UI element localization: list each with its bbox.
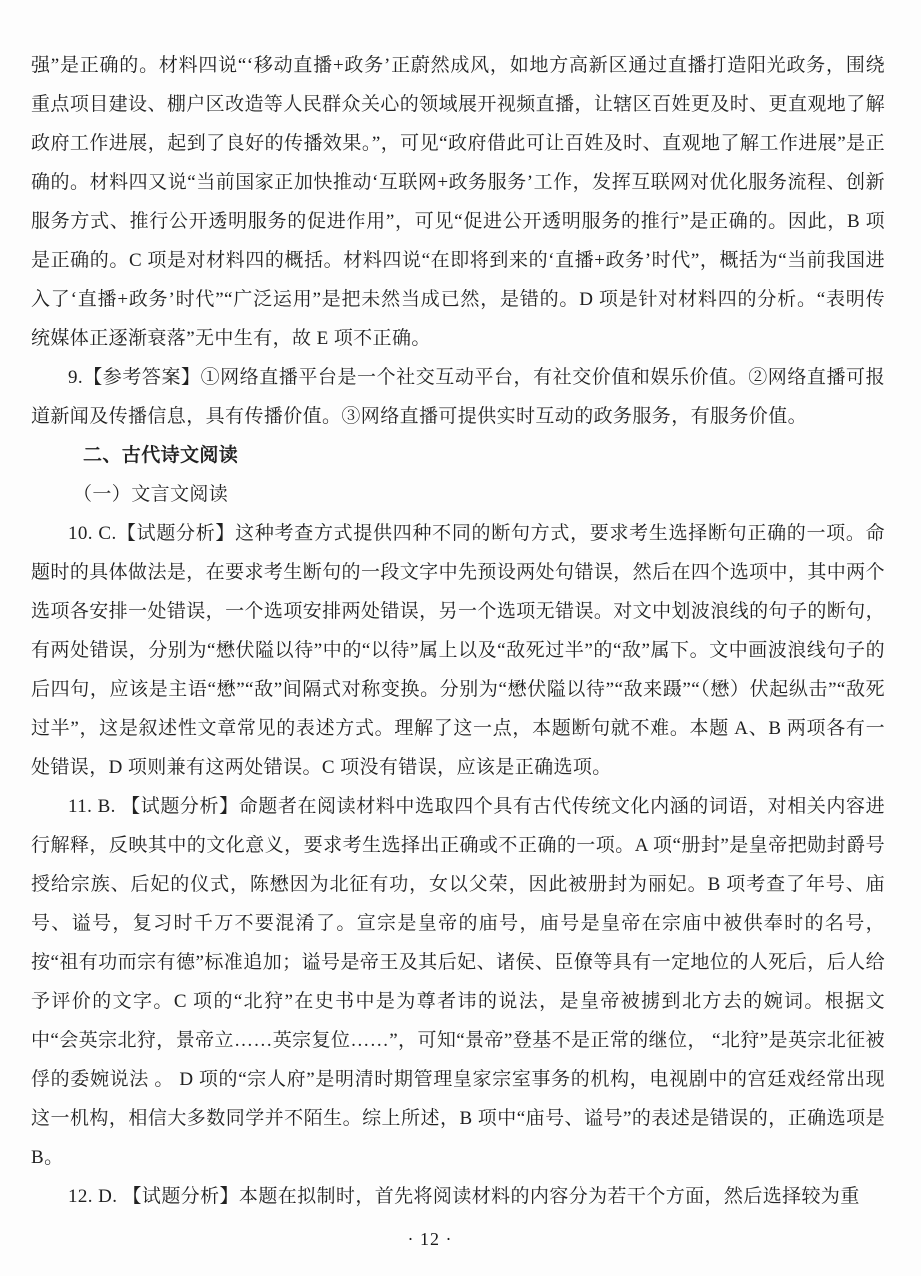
subsection-heading-classical-chinese-reading: （一）文言文阅读 <box>31 475 885 514</box>
paragraph-answer-9: 9.【参考答案】①网络直播平台是一个社交互动平台，有社交价值和娱乐价值。②网络直… <box>31 358 885 436</box>
page: { "content": { "paragraphs": [ { "style"… <box>0 0 921 1276</box>
document-page: 强”是正确的。材料四说“‘移动直播+政务’正蔚然成风，如地方高新区通过直播打造阳… <box>0 0 921 1276</box>
paragraph-answer-11: 11. B. 【试题分析】命题者在阅读材料中选取四个具有古代传统文化内涵的词语，… <box>31 787 885 1177</box>
paragraph-q8-analysis-continuation: 强”是正确的。材料四说“‘移动直播+政务’正蔚然成风，如地方高新区通过直播打造阳… <box>31 46 885 358</box>
paragraph-answer-12: 12. D. 【试题分析】本题在拟制时，首先将阅读材料的内容分为若干个方面，然后… <box>31 1177 885 1216</box>
page-number: · 12 · <box>0 1226 860 1252</box>
paragraph-answer-10: 10. C.【试题分析】这种考查方式提供四种不同的断句方式，要求考生选择断句正确… <box>31 514 885 787</box>
section-heading-ancient-poetry-reading: 二、古代诗文阅读 <box>31 436 885 475</box>
